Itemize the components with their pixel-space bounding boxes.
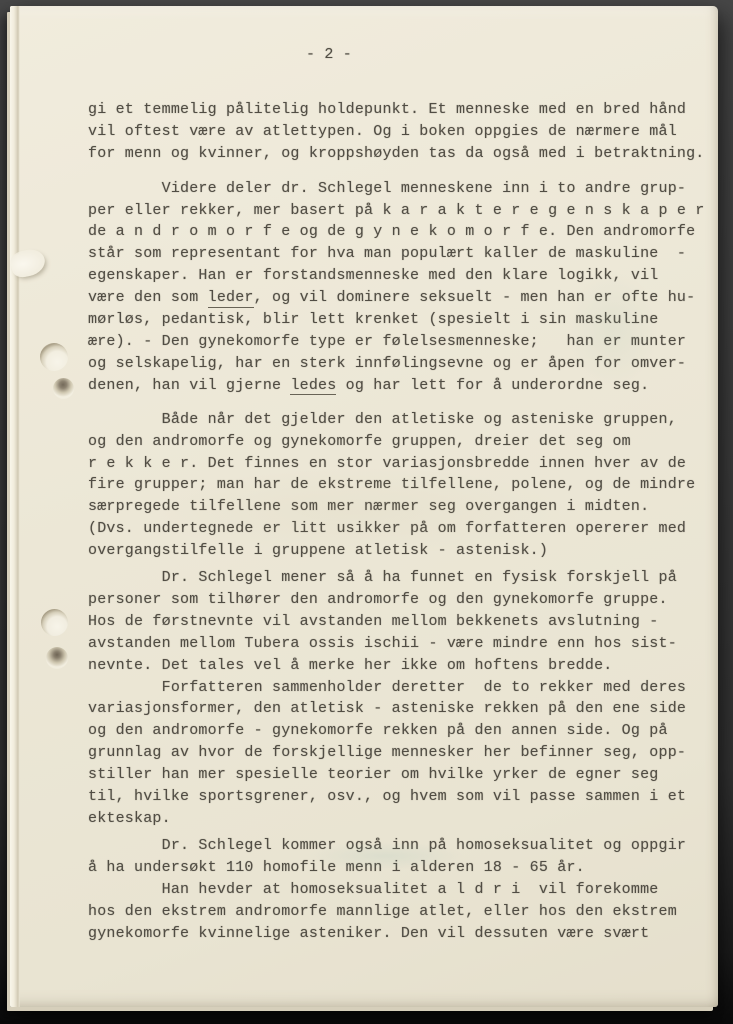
text-line: stiller han mer spesielle teorier om hvi… [88, 764, 718, 786]
text-line: vil oftest være av atlettypen. Og i boke… [88, 121, 718, 143]
paragraph-5: Forfatteren sammenholder deretter de to … [88, 677, 718, 830]
text-line: gi et temmelig pålitelig holdepunkt. Et … [88, 99, 718, 121]
paper-stain [565, 271, 660, 386]
page-stack-edge [10, 6, 20, 1007]
text-line: hos den ekstrem andromorfe mannlige atle… [88, 901, 718, 923]
text-line: Dr. Schlegel mener så å ha funnet en fys… [88, 567, 718, 589]
text-line: nevnte. Det tales vel å merke her ikke o… [88, 655, 718, 677]
text-line: de a n d r o m o r f e og de g y n e k o… [88, 221, 718, 243]
text-line: Forfatteren sammenholder deretter de to … [88, 677, 718, 699]
text-line: Han hevder at homoseksualitet a l d r i … [88, 879, 718, 901]
paper-stain [140, 466, 570, 556]
hole-punch [46, 647, 68, 669]
text-line: avstanden mellom Tubera ossis ischii - v… [88, 633, 718, 655]
underlined-word: leder [208, 289, 254, 308]
hole-punch [53, 378, 74, 399]
hole-punch [40, 343, 68, 371]
text-line: grunnlag av hvor de forskjellige mennesk… [88, 742, 718, 764]
text-segment: være den som [88, 289, 208, 306]
paragraph-1: gi et temmelig pålitelig holdepunkt. Et … [88, 99, 718, 165]
page-number: - 2 - [10, 44, 718, 66]
text-line: Videre deler dr. Schlegel menneskene inn… [88, 178, 718, 200]
text-line: gynekomorfe kvinnelige asteniker. Den vi… [88, 923, 718, 945]
text-line: Hos de førstnevnte vil avstanden mellom … [88, 611, 718, 633]
text-line: og den andromorfe - gynekomorfe rekken p… [88, 720, 718, 742]
text-line: for menn og kvinner, og kroppshøyden tas… [88, 143, 718, 165]
text-line: variasjonsformer, den atletisk - astenis… [88, 698, 718, 720]
underlined-word: ledes [290, 377, 336, 396]
text-line: står som representant for hva man populæ… [88, 243, 718, 265]
text-line: Både når det gjelder den atletiske og as… [88, 409, 718, 431]
text-segment: denen, han vil gjerne [88, 377, 290, 394]
scanned-page: - 2 - gi et temmelig pålitelig holdepunk… [10, 6, 718, 1007]
paragraph-7: Han hevder at homoseksualitet a l d r i … [88, 879, 718, 945]
text-line: per eller rekker, mer basert på k a r a … [88, 200, 718, 222]
hole-punch [41, 609, 68, 636]
text-line: og den andromorfe og gynekomorfe gruppen… [88, 431, 718, 453]
text-line: personer som tilhører den andromorfe og … [88, 589, 718, 611]
text-line: til, hvilke sportsgrener, osv., og hvem … [88, 786, 718, 808]
paper-stain [305, 842, 465, 870]
text-line: ekteskap. [88, 808, 718, 830]
paragraph-4: Dr. Schlegel mener så å ha funnet en fys… [88, 567, 718, 677]
